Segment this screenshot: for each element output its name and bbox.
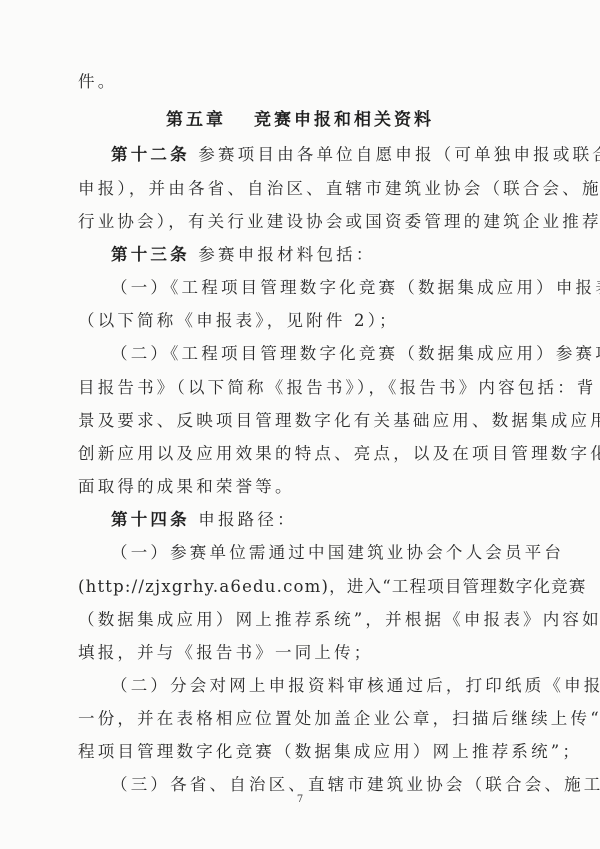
chapter-number: 第五章 xyxy=(166,110,226,130)
article-13-item-2-line-4: 创新应用以及应用效果的特点、亮点，以及在项目管理数字化方 xyxy=(78,444,524,464)
chapter-title: 竞赛申报和相关资料 xyxy=(254,110,434,130)
article-12-label: 第十二条 xyxy=(111,145,190,164)
article-14-item-1-line-4: 填报，并与《报告书》一同上传； xyxy=(78,643,524,663)
article-13-item-1-line-2: （以下简称《申报表》，见附件 2）； xyxy=(78,311,524,331)
article-13-item-2-line-1: （二）《工程项目管理数字化竞赛（数据集成应用）参赛项 xyxy=(111,344,524,364)
article-12-line-1: 第十二条 参赛项目由各单位自愿申报（可单独申报或联合 xyxy=(111,145,524,165)
chapter-heading: 第五章竞赛申报和相关资料 xyxy=(0,105,600,130)
article-13-label: 第十三条 xyxy=(111,245,190,264)
page-number: 7 xyxy=(0,794,600,805)
article-13-item-2-line-2: 目报告书》（以下简称《报告书》），《报告书》内容包括：背 xyxy=(78,378,524,398)
article-14-label: 第十四条 xyxy=(111,510,190,529)
article-14-item-1-line-1: （一）参赛单位需通过中国建筑业协会个人会员平台 xyxy=(111,543,524,563)
carryover-text: 件。 xyxy=(78,72,524,92)
article-13-line-1: 第十三条 参赛申报材料包括： xyxy=(111,245,524,265)
article-14-item-2-line-1: （二）分会对网上申报资料审核通过后，打印纸质《申报表》 xyxy=(111,676,524,696)
article-12-line-2: 申报），并由各省、自治区、直辖市建筑业协会（联合会、施工 xyxy=(78,179,524,199)
article-14-item-1-line-2: (http://zjxgrhy.a6edu.com)，进入“工程项目管理数字化竞… xyxy=(78,577,524,597)
article-14-item-2-line-3: 程项目管理数字化竞赛（数据集成应用）网上推荐系统”； xyxy=(78,742,524,762)
article-13-item-2-line-5: 面取得的成果和荣誉等。 xyxy=(78,477,524,497)
article-14-line-1: 第十四条 申报路径： xyxy=(111,510,524,530)
article-14-item-3-line-1: （三）各省、自治区、直辖市建筑业协会（联合会、施工行 xyxy=(111,775,524,795)
article-12-line-3: 行业协会），有关行业建设协会或国资委管理的建筑企业推荐。 xyxy=(78,212,524,232)
article-13-item-2-line-3: 景及要求、反映项目管理数字化有关基础应用、数据集成应用、 xyxy=(78,411,524,431)
article-13-item-1-line-1: （一）《工程项目管理数字化竞赛（数据集成应用）申报表》 xyxy=(111,278,524,298)
document-page: 件。 第五章竞赛申报和相关资料 第十二条 参赛项目由各单位自愿申报（可单独申报或… xyxy=(0,0,600,849)
article-14-item-2-line-2: 一份，并在表格相应位置处加盖企业公章，扫描后继续上传“工 xyxy=(78,709,524,729)
article-14-item-1-line-3: （数据集成应用）网上推荐系统”，并根据《申报表》内容如实 xyxy=(78,610,524,630)
